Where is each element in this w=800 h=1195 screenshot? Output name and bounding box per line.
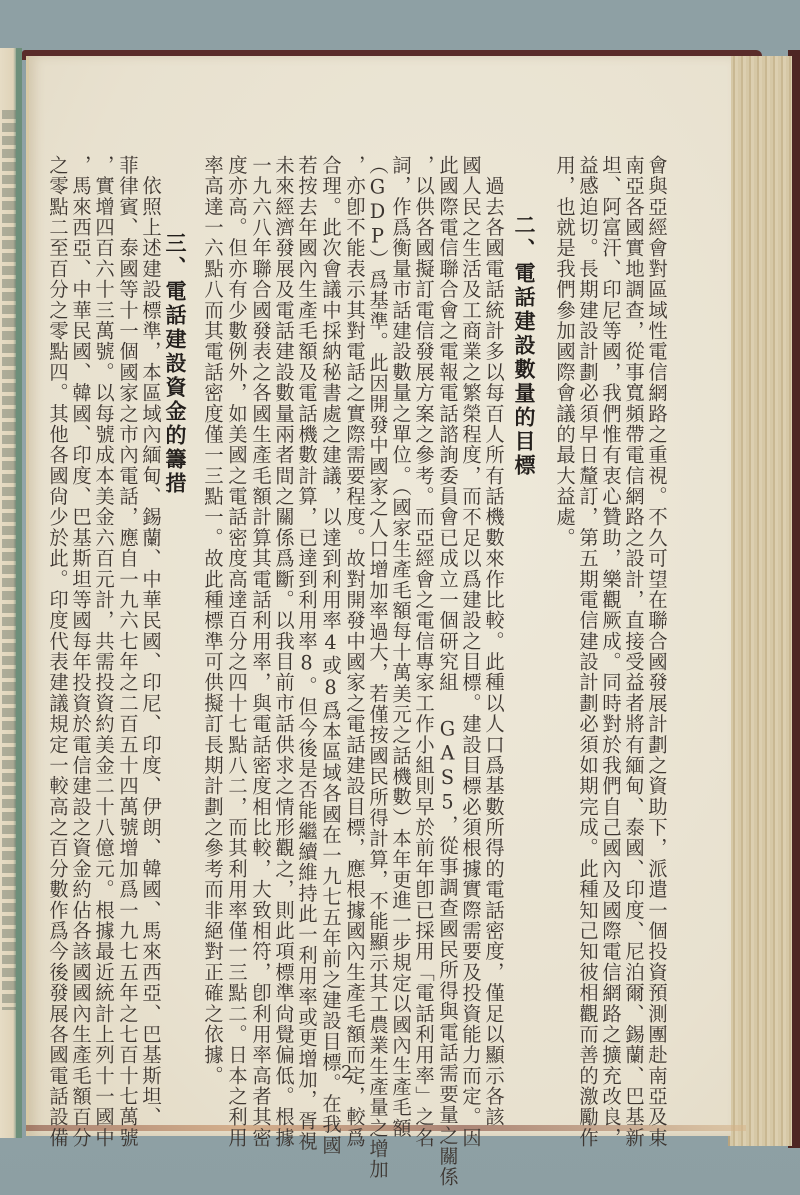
text-column: 用，也就是我們參加國際會議的最大益處。 (553, 155, 575, 1035)
text-column: ，亦卽不能表示其對電話之實際需要程度。故對開發中國家之電話建設目標，應根據國內生… (343, 155, 365, 1035)
section-heading: 二、電話建設數量的目標 (509, 214, 539, 478)
binding-gutter (16, 48, 22, 1138)
text-column: 詞，作爲衡量市話建設數量之單位。（國家生產毛額每十萬美元之話機數）本年更進一步規… (389, 155, 411, 1035)
text-column: 國人民之生活及工商業之繁榮程度，而不足以爲建設之目標。建設目標必須根據實際需要及… (459, 155, 481, 1035)
text-column: 度亦高。但亦有少數例外，如美國之電話密度高達百分之四十七點八二，而其利用率僅一三… (225, 155, 247, 1035)
page-number: 2 (341, 1062, 352, 1083)
page-stack-edge (728, 56, 792, 1146)
left-page-text-fragment (2, 110, 16, 1010)
text-column: 過去各國電話統計多以每百人所有話機數來作比較。此種以人口爲基數所得的電話密度，僅… (482, 155, 504, 1035)
text-column: 坦、阿富汗、印尼等國，我們惟有衷心贊助，樂觀厥成。同時對於我們自己國內及國際電信… (599, 155, 621, 1035)
text-column: 一九六八年聯合國發表之各國生產毛額計算其電話利用率，與電話密度相比較，大致相符，… (249, 155, 271, 1035)
text-column: 會與亞經會對區域性電信網路之重視。不久可望在聯合國發展計劃之資助下，派遣一個投資… (645, 155, 667, 1035)
section-heading: 三、電話建設資金的籌措 (160, 232, 190, 496)
text-column: 菲律賓、泰國等十一個國家之市內電話，應自一九六七年之二百五十四萬號增加爲一九七五… (116, 155, 138, 1035)
text-column: 益感迫切。長期建設計劃必須早日釐訂，第五期電信建設計劃必須如期完成。此種知己知彼… (576, 155, 598, 1035)
text-column: 南亞各國實地調查，從事寬頻帶電信網路之設計，直接受益者將有緬甸、泰國、印度、尼泊… (622, 155, 644, 1035)
text-column: 若按去年國內生產毛額及電話機數計算，已達到利用率8。但今後是否能繼續維持此一利用… (295, 155, 317, 1035)
text-column: 率高達一六點八而其電話密度僅一三點一。故此種標準可供擬訂長期計劃之參考而非絕對正… (201, 155, 223, 1035)
text-column: ，以供各國擬訂電信發展方案之參考。而亞經會之電信專家工作小組則早於前年卽已採用「… (412, 155, 434, 1035)
text-column: 此國際電信聯合會之電報電話諮詢委員會已成立一個研究組 GAS5，從事調查國民所得… (436, 155, 458, 1035)
text-column: 之零點二至百分之零點四。其他各國尙少於此。印度代表建議規定一較高之百分數作爲今後… (46, 155, 68, 1035)
text-column: 合理。此次會議中採納秘書處之建議，以達到利用率4或8爲本區域各國在一九七五年前之… (319, 155, 341, 1035)
text-column: （GDP）爲基準。此因開發中國家之人口增加率過大，若僅按國民所得計算，不能顯示其… (366, 155, 388, 1035)
text-column: ，馬來西亞、中華民國、韓國、印度、巴基斯坦等國每年投資於電信建設之資金約佔各該國… (69, 155, 91, 1035)
text-column: 依照上述建設標準，本區域內緬甸、錫蘭、中華民國、印尼、印度、伊朗、韓國、馬來西亞… (139, 155, 161, 1035)
text-column: ，實增四百六十三萬號。以每號成本美金六百元計，共需投資約美金二十八億元。根據最近… (92, 155, 114, 1035)
text-column: 未來經濟發展及電話建設數量兩者間之關係爲斷。以我目前市話供求之情形觀之，則此項標… (272, 155, 294, 1035)
